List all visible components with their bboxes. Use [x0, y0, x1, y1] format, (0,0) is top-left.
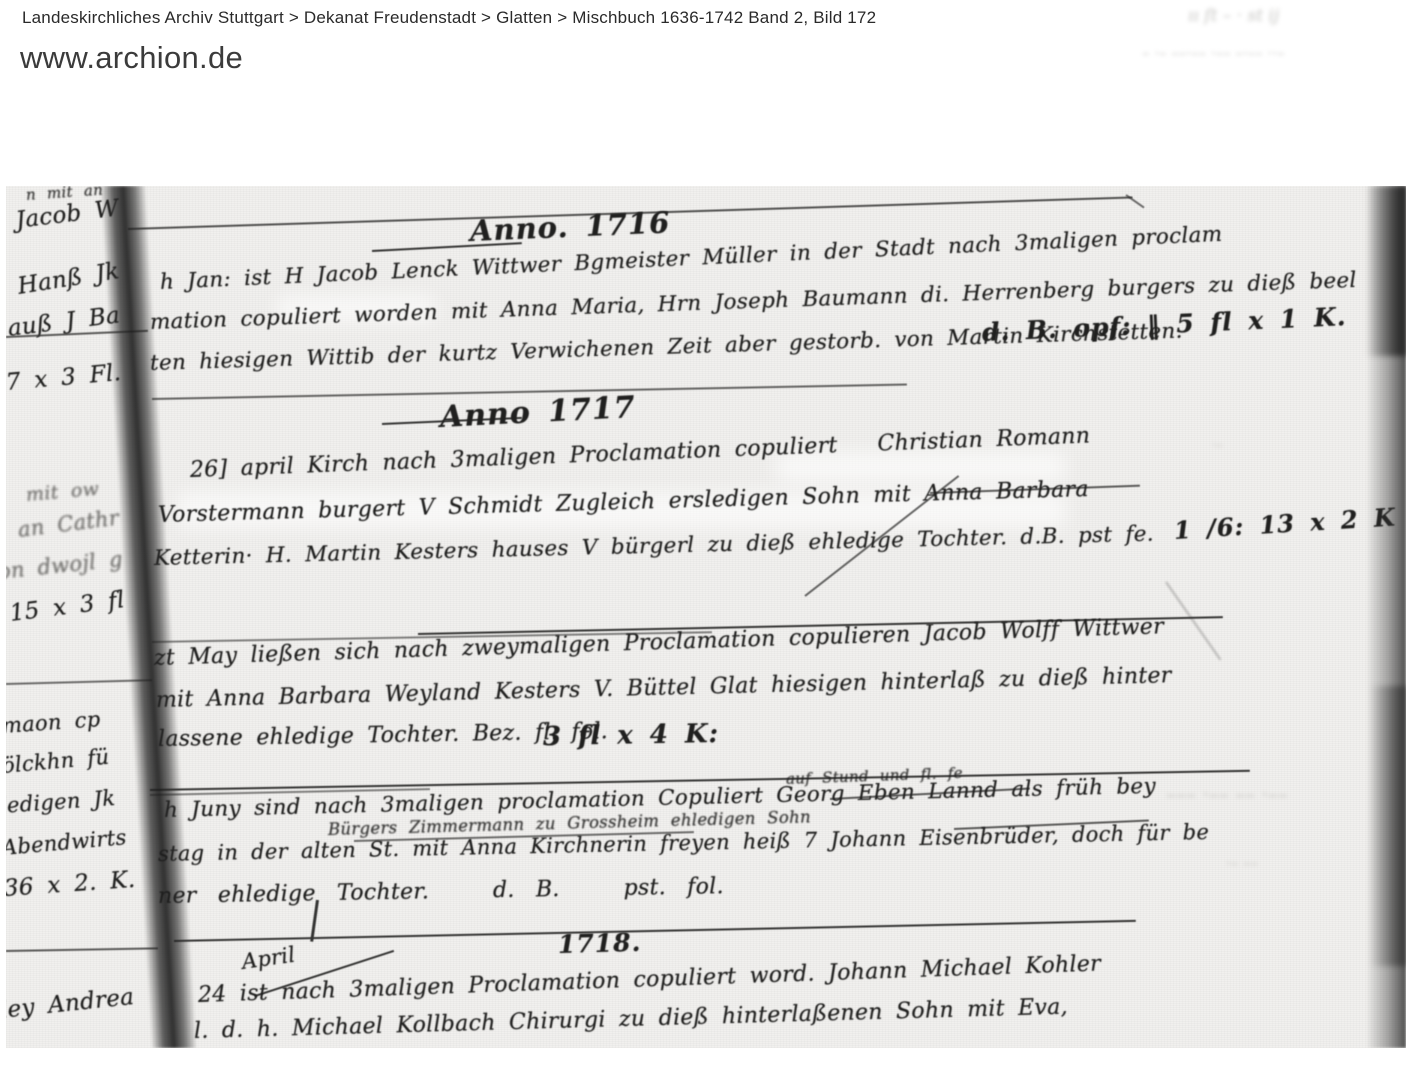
- bleed-through-text: ıı ſt – · st ij: [1188, 6, 1279, 26]
- left-page-fragment: ölckhn fü: [6, 745, 110, 778]
- bleed-through-text: ·– ––: [1226, 854, 1258, 872]
- left-page-fragment: on dwojl g: [6, 547, 124, 584]
- bleed-through-text: ·–: [1212, 438, 1223, 453]
- left-page-fragment: Abendwirts: [6, 825, 128, 860]
- heading-april: April: [240, 943, 296, 974]
- fee-1717b: 3 fl x 4 K:: [543, 719, 720, 752]
- entry-1717b-line: mit Anna Barbara Weyland Kesters V. Bütt…: [156, 663, 1172, 713]
- left-page-fragment: maon cp: [6, 707, 101, 738]
- left-page-fragment: 36 x 2. K.: [6, 867, 136, 902]
- document-scan: n mit an Jacob W Hanß Jk auß J Ba 7 x 3 …: [6, 186, 1406, 1048]
- bleed-through-text: ––– ·–– –– ·––: [1166, 782, 1288, 806]
- heading-anno-1716: Anno. 1716: [469, 205, 671, 248]
- heading-anno-1717: Anno 1717: [439, 390, 636, 435]
- heading-1718: 1718.: [558, 928, 642, 959]
- left-page-fragment: an Cathr: [17, 506, 121, 542]
- entry-1717b-line: zt May ließen sich nach zweymaligen Proc…: [154, 614, 1165, 671]
- site-url: www.archion.de: [20, 40, 243, 76]
- ruled-line: [1125, 194, 1144, 208]
- left-page-fragment: mit ow: [25, 478, 100, 506]
- ruled-line: [174, 920, 1136, 942]
- breadcrumb: Landeskirchliches Archiv Stuttgart > Dek…: [22, 8, 876, 28]
- ruled-line: [6, 947, 158, 952]
- left-page-fragment: ley Andrea: [6, 984, 135, 1024]
- pencil-mark: [1165, 581, 1221, 660]
- bleed-through-text: – ·– ––·–– ·–– –·–– ··–: [1142, 44, 1284, 62]
- left-page-fragment: 7 x 3 Fl.: [6, 360, 122, 396]
- left-page-fragment: ledigen Jk: [6, 786, 116, 818]
- page-edge-shadow-top: [1366, 186, 1406, 356]
- entry-1717b-line: lassene ehledige Tochter. Bez. fl. fol.: [158, 719, 608, 752]
- entry-1717a-line: Ketterin· H. Martin Kesters hauses V bür…: [154, 522, 1154, 571]
- page-edge-shadow-mid: [1370, 686, 1406, 966]
- entry-1717c-line: ner ehledige Tochter. d. B. pst. fol.: [158, 874, 724, 909]
- fee-1717a: 1 /6: 13 x 2 K: [1173, 502, 1396, 545]
- left-page-fragment: 15 x 3 fl: [8, 587, 126, 627]
